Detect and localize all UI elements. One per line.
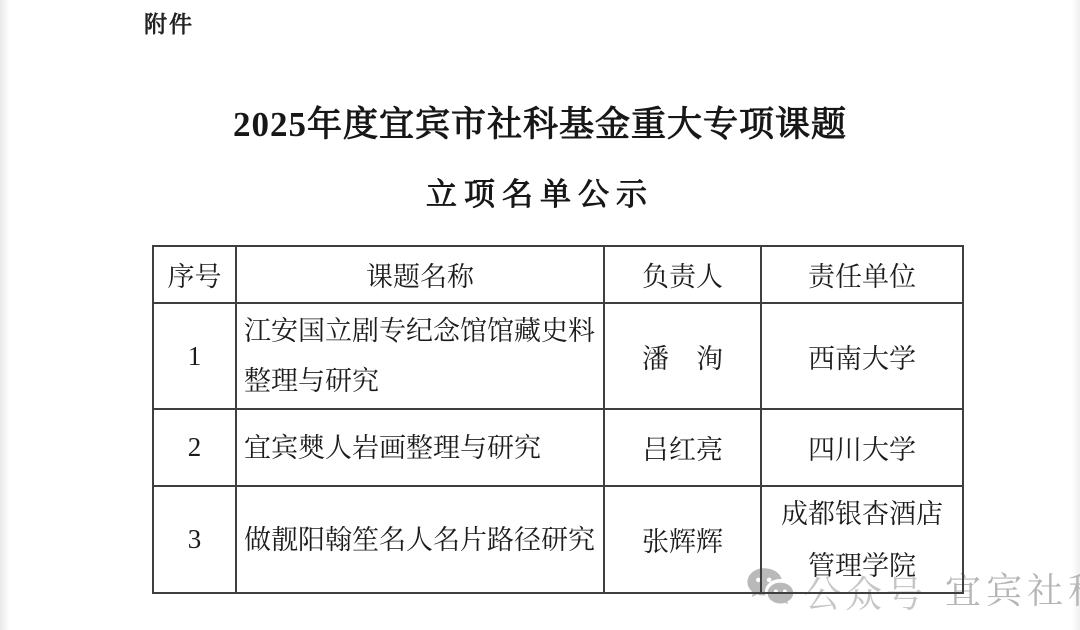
page-left-edge xyxy=(0,0,10,630)
cell-leader-3: 张辉辉 xyxy=(604,486,761,593)
title-line-1: 2025年度宜宾市社科基金重大专项课题 xyxy=(90,104,990,146)
cell-leader-2: 吕红亮 xyxy=(604,409,761,486)
table-row: 1 江安国立剧专纪念馆馆藏史料整理与研究 潘 洵 西南大学 xyxy=(153,303,963,409)
cell-project-2: 宜宾僰人岩画整理与研究 xyxy=(236,409,604,486)
page-right-edge xyxy=(1072,0,1080,630)
cell-serial-1: 1 xyxy=(153,303,236,409)
cell-leader-1: 潘 洵 xyxy=(604,303,761,409)
header-unit: 责任单位 xyxy=(761,246,963,303)
cell-project-3: 做靓阳翰笙名人名片路径研究 xyxy=(236,486,604,593)
table-row: 3 做靓阳翰笙名人名片路径研究 张辉辉 成都银杏酒店管理学院 xyxy=(153,486,963,593)
header-leader: 负责人 xyxy=(604,246,761,303)
table-header-row: 序号 课题名称 负责人 责任单位 xyxy=(153,246,963,303)
title-line-2: 立项名单公示 xyxy=(90,176,990,213)
unit-text: 成都银杏酒店管理学院 xyxy=(779,488,945,592)
table-row: 2 宜宾僰人岩画整理与研究 吕红亮 四川大学 xyxy=(153,409,963,486)
cell-serial-2: 2 xyxy=(153,409,236,486)
cell-unit-3: 成都银杏酒店管理学院 xyxy=(761,486,963,593)
project-title-text: 宜宾僰人岩画整理与研究 xyxy=(244,423,596,473)
header-project-title: 课题名称 xyxy=(236,246,604,303)
cell-unit-1: 西南大学 xyxy=(761,303,963,409)
watermark-account-name: 宜宾社科 xyxy=(945,563,1080,614)
project-approval-table: 序号 课题名称 负责人 责任单位 1 江安国立剧专纪念馆馆藏史料整理与研究 潘 … xyxy=(152,245,964,594)
attachment-label: 附件 xyxy=(144,6,194,39)
cell-project-1: 江安国立剧专纪念馆馆藏史料整理与研究 xyxy=(236,303,604,409)
cell-unit-2: 四川大学 xyxy=(761,409,963,486)
project-title-text: 做靓阳翰笙名人名片路径研究 xyxy=(244,515,596,565)
project-title-text: 江安国立剧专纪念馆馆藏史料整理与研究 xyxy=(244,306,596,406)
header-serial-number: 序号 xyxy=(153,246,236,303)
cell-serial-3: 3 xyxy=(153,486,236,593)
document-title: 2025年度宜宾市社科基金重大专项课题 立项名单公示 xyxy=(90,104,990,213)
